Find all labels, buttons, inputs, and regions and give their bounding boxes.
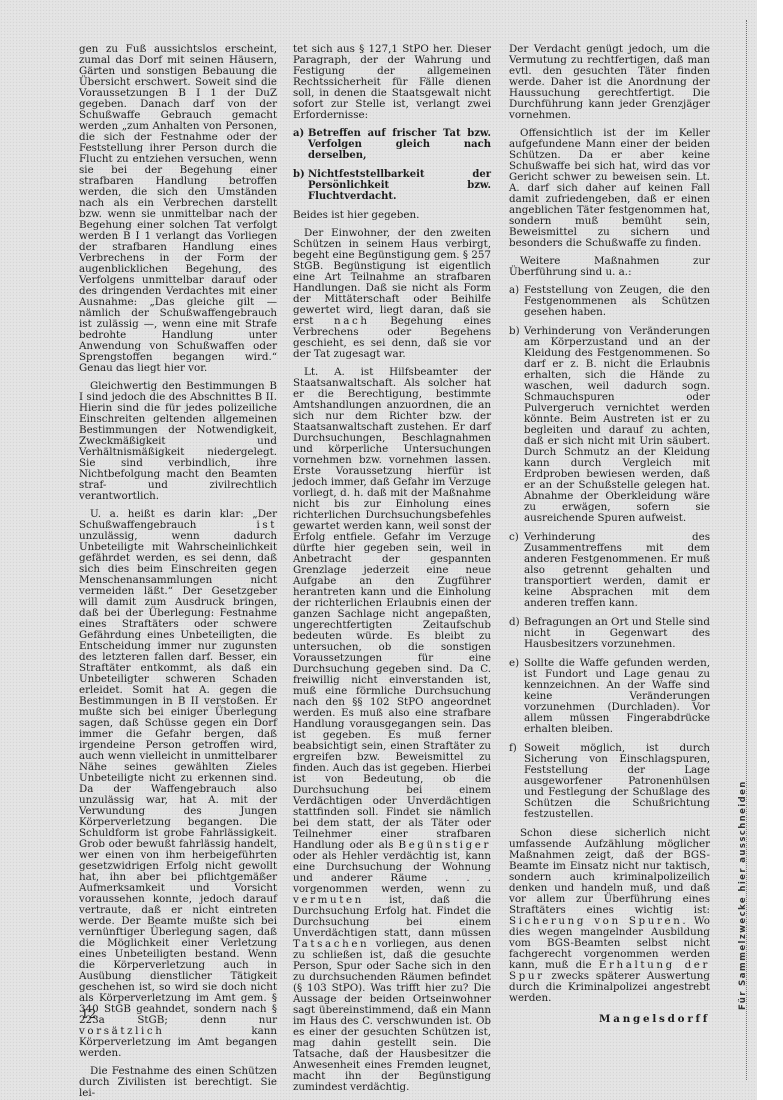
text-run: vorliegen, aus denen zu schließen ist, d…: [293, 938, 491, 1093]
paragraph: Gleichwertig den Bestimmungen B I sind j…: [79, 381, 277, 502]
measure-item-d: d) Befragungen an Ort und Stelle sind ni…: [509, 617, 710, 650]
text-run: Lt. A. ist Hilfsbeamter der Staatsanwalt…: [293, 366, 491, 851]
list-marker: e): [509, 658, 524, 735]
paragraph: Schon diese sicherlich nicht umfassende …: [509, 828, 710, 1004]
text-run: unzulässig, wenn dadurch Unbeteiligte mi…: [79, 530, 277, 1026]
text-run: Der Einwohner, der den zweiten Schützen …: [293, 227, 491, 327]
list-marker: b): [509, 326, 524, 524]
paragraph: Die Festnahme des einen Schützen durch Z…: [79, 1066, 277, 1099]
measure-item-e: e) Sollte die Waffe gefunden werden, ist…: [509, 658, 710, 735]
list-text: Verhinderung von Veränderungen am Körper…: [524, 326, 710, 524]
list-marker: a): [509, 285, 524, 318]
measure-item-c: c) Verhinderung des Zusammentreffens mit…: [509, 532, 710, 609]
requirement-a: a) Betreffen auf frischer Tat bzw. Verfo…: [293, 128, 491, 161]
list-marker: b): [293, 169, 308, 202]
list-text: Sollte die Waffe gefunden werden, ist Fu…: [524, 658, 710, 735]
list-marker: d): [509, 617, 524, 650]
list-text: Verhinderung des Zusammentreffens mit de…: [524, 532, 710, 609]
list-text: Feststellung von Zeugen, die den Festgen…: [524, 285, 710, 318]
list-marker: a): [293, 128, 308, 161]
paragraph: gen zu Fuß aussichtslos erscheint, zumal…: [79, 44, 277, 374]
column-3: Der Verdacht genügt jedoch, um die Vermu…: [509, 44, 710, 1025]
column-1: gen zu Fuß aussichtslos erscheint, zumal…: [79, 44, 277, 1100]
requirement-b: b) Nichtfeststellbarkeit der Persönlichk…: [293, 169, 491, 202]
list-marker: c): [509, 532, 524, 609]
paragraph: Lt. A. ist Hilfsbeamter der Staatsanwalt…: [293, 367, 491, 1093]
paragraph: Offensichtlich ist der im Keller aufgefu…: [509, 128, 710, 249]
paragraph: tet sich aus § 127,1 StPO her. Dieser Pa…: [293, 44, 491, 121]
text-run: U. a. heißt es darin klar: „Der Schußwaf…: [79, 508, 277, 531]
cut-instruction-label: Für Sammelzwecke hier ausschneiden: [738, 780, 748, 1010]
page-number: 12: [81, 1007, 96, 1021]
measure-item-f: f) Soweit möglich, ist durch Sicherung v…: [509, 743, 710, 820]
paragraph: U. a. heißt es darin klar: „Der Schußwaf…: [79, 509, 277, 1059]
paragraph: Beides ist hier gegeben.: [293, 210, 491, 221]
author-signature: Mangelsdorff: [509, 1014, 710, 1025]
measure-item-a: a) Feststellung von Zeugen, die den Fest…: [509, 285, 710, 318]
text-run: Schon diese sicherlich nicht umfassende …: [509, 827, 710, 916]
paragraph: Der Einwohner, der den zweiten Schützen …: [293, 228, 491, 360]
paragraph: Weitere Maßnahmen zur Überführung sind u…: [509, 256, 710, 278]
list-text: Soweit möglich, ist durch Sicherung von …: [524, 743, 710, 820]
list-text: Befragungen an Ort und Stelle sind nicht…: [524, 617, 710, 650]
list-marker: f): [509, 743, 524, 820]
list-text: Betreffen auf frischer Tat bzw. Verfolge…: [308, 128, 491, 161]
scanned-page: gen zu Fuß aussichtslos erscheint, zumal…: [0, 0, 757, 1100]
paragraph: Der Verdacht genügt jedoch, um die Vermu…: [509, 44, 710, 121]
measure-item-b: b) Verhinderung von Veränderungen am Kör…: [509, 326, 710, 524]
text-run: oder als Hehler verdächtig ist, kann ein…: [293, 850, 491, 895]
column-2: tet sich aus § 127,1 StPO her. Dieser Pa…: [293, 44, 491, 1100]
list-text: Nichtfeststellbarkeit der Persönlichkeit…: [308, 169, 491, 202]
